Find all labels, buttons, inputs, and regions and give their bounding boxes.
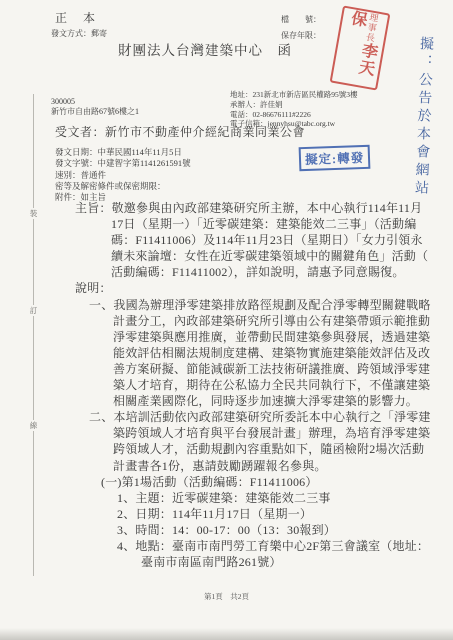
approval-stamp: 擬定:轉發 — [299, 145, 371, 171]
sender-address: 地址：231新北市新店區民權路95號3樓 — [230, 90, 358, 100]
body-line: 跨領域人才，活動規劃內容重點如下，隨函檢附2場次活動 — [53, 441, 438, 457]
issue-date: 發文日期：中華民國114年11月5日 — [55, 147, 191, 158]
body-line: 2、日期：114年11月17日（星期一） — [53, 506, 438, 522]
binding-line — [33, 94, 34, 576]
binding-mark-zhuang: 裝 — [28, 208, 39, 219]
body-line: 計畫書各1份，惠請鼓勵踴躍報名參與。 — [53, 458, 438, 474]
file-number-label: 檔 號： — [281, 14, 321, 25]
body-line: 說明： — [53, 280, 438, 296]
body-line: (一)第1場活動（活動編碼：F11411006） — [53, 474, 438, 490]
doc-number: 發文字號：中建智字第1141261591號 — [55, 158, 191, 169]
recipient-zip: 300005 — [51, 97, 75, 106]
document-meta-block: 發文日期：中華民國114年11月5日 發文字號：中建智字第1141261591號… — [55, 147, 191, 203]
body-line: 善方案研擬、節能減碳新工法技術研議推廣、跨領域淨零建 — [53, 361, 438, 377]
priority: 速別：普通件 — [55, 170, 191, 181]
security-classification: 密等及解密條件或保密期限： — [55, 181, 191, 192]
body-line: 計畫分工，內政部建築研究所引導由公有建築帶頭示範推動 — [53, 313, 438, 329]
delivery-method-label: 發文方式：郵寄 — [51, 28, 107, 39]
page-footer: 第1頁 共2頁 — [0, 591, 453, 602]
binding-mark-xian: 線 — [28, 420, 39, 431]
body-line: 1、主題：近零碳建築：建築能效二三事 — [53, 490, 438, 506]
scan-bottom-edge — [0, 628, 453, 640]
body-line: 碼：F11411006）及114年11月23日（星期日）「女力引領永 — [53, 232, 438, 248]
sender-phone: 電話：02-86676111#2226 — [230, 110, 358, 120]
body-line: 17日（星期一）「近零碳建築：建築能效二三事」（活動編 — [53, 216, 438, 232]
handwritten-margin-note: 擬：公告於本會網站 — [409, 36, 436, 227]
recipient-street-address: 新竹市自由路67號6樓之1 — [51, 106, 139, 117]
body-line: 二、本培訓活動依內政部建築研究所委託本中心執行之「淨零建 — [53, 409, 438, 425]
body-line: 能效評估相關法規制度建構、建築物實施建築能效評估及改 — [53, 345, 438, 361]
official-letter-page: 正 本 發文方式：郵寄 檔 號： 保存年限： 財團法人台灣建築中心 函 理事長李… — [0, 0, 453, 640]
body-line: 續未來論壇：女性在近零碳建築領域中的關鍵角色」活動（ — [53, 248, 438, 264]
chairman-seal-stamp: 理事長李天保 — [330, 5, 391, 90]
body-line: 相關產業國際化，同時逐步加速擴大淨零建築的影響力。 — [53, 393, 438, 409]
body-line: 一、我國為辦理淨零建築排放路徑規劃及配合淨零轉型關鍵戰略 — [53, 297, 438, 313]
body-line: 臺南市南區南門路261號） — [53, 554, 438, 570]
document-title: 財團法人台灣建築中心 函 — [118, 39, 292, 59]
copy-type-label: 正 本 — [55, 9, 97, 26]
chairman-seal-text: 理事長李天保 — [338, 9, 382, 87]
body-line: 淨零建築與應用推廣，並帶動民間建築參與發展，透過建築 — [53, 329, 438, 345]
sender-contact-person: 承辦人：許佳娟 — [230, 100, 358, 110]
binding-mark-ding: 訂 — [28, 305, 39, 316]
body-line: 活動編碼：F11411002），詳如說明，請惠予同意賜復。 — [53, 264, 438, 280]
body-line: 築人才培育，期待在公私協力全民共同執行下，不僅讓建築 — [53, 377, 438, 393]
body-line: 3、時間：14：00-17：00（13：30報到） — [53, 522, 438, 538]
body-line: 主旨：敬邀參與由內政部建築研究所主辦，本中心執行114年11月 — [53, 200, 438, 216]
document-body: 主旨：敬邀參與由內政部建築研究所主辦，本中心執行114年11月17日（星期一）「… — [53, 200, 438, 570]
body-line: 4、地點：臺南市南門勞工育樂中心2F第三會議室（地址： — [53, 538, 438, 554]
recipient-line: 受文者：新竹市不動產仲介經紀商業同業公會 — [55, 123, 305, 140]
body-line: 築跨領域人才培育與平台發展計畫」辦理，為培育淨零建築 — [53, 425, 438, 441]
